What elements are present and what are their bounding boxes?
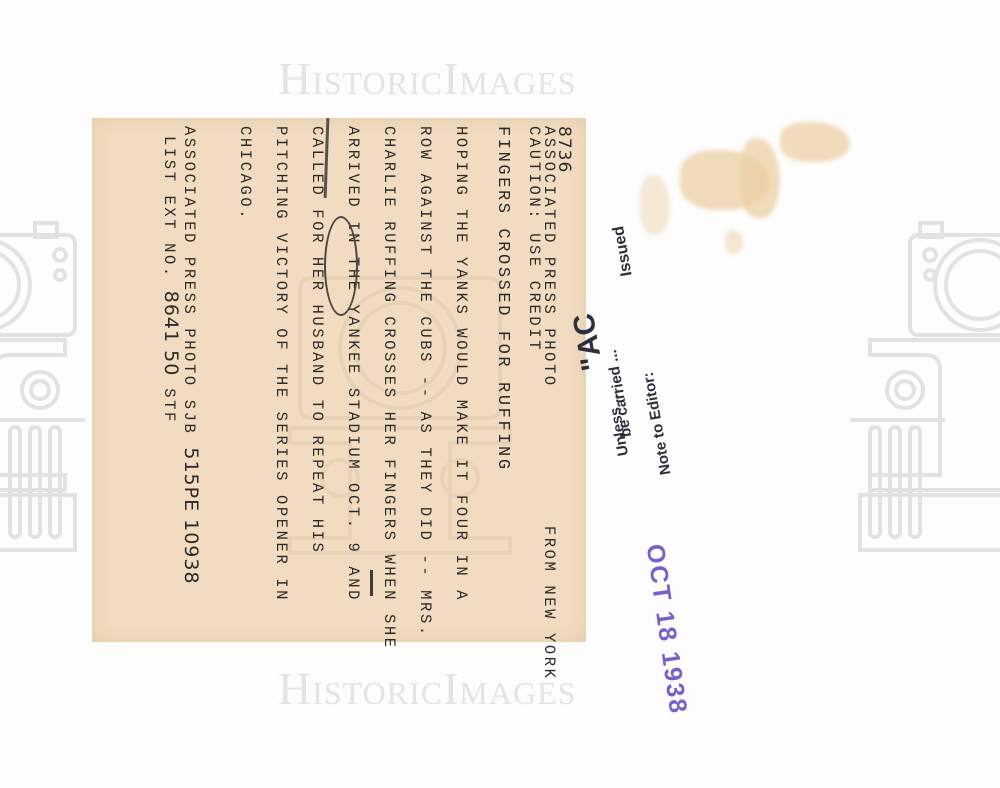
- list-line: LIST EXT NO. 8641 50 STF: [160, 136, 182, 424]
- credit-handwritten: 515PE 10938: [180, 447, 202, 584]
- list-handwritten: 8641 50: [160, 291, 182, 377]
- credit-text: ASSOCIATED PRESS PHOTO SJB: [180, 126, 198, 435]
- camera-column-logo-icon: [850, 205, 1000, 565]
- caution-line: CAUTION: USE CREDIT: [525, 126, 543, 352]
- body-line: PITCHING VICTORY OF THE SERIES OPENER IN: [272, 126, 290, 602]
- press-caption-clipping: 8736 ASSOCIATED PRESS PHOTOFROM NEW YORK…: [92, 118, 586, 642]
- body-line: HOPING THE YANKS WOULD MAKE IT FOUR IN A: [452, 126, 470, 602]
- dateline: FROM NEW YORK: [540, 526, 558, 681]
- body-line: CHARLIE RUFFING CROSSES HER FINGERS WHEN…: [380, 126, 398, 650]
- camera-column-logo-icon: [0, 205, 105, 565]
- paper-stain: [780, 122, 850, 162]
- paper-stain: [640, 175, 670, 235]
- paper-stain: [725, 230, 743, 254]
- credit-line: ASSOCIATED PRESS PHOTO SJB 515PE 10938: [180, 126, 202, 585]
- note-stamp-line1: Note to Editor:: [640, 371, 675, 477]
- list-text: LIST EXT NO.: [160, 136, 178, 279]
- body-line: ARRIVED IN THE YANKEE STADIUM OCT. 9 AND: [344, 126, 362, 602]
- pencil-underline: [370, 570, 373, 596]
- body-line: ROW AGAINST THE CUBS -- AS THEY DID -- M…: [416, 126, 434, 638]
- list-suffix: STF: [160, 388, 178, 424]
- circled-name-mark: [324, 216, 358, 316]
- watermark-brand-top: HistoricImages: [278, 56, 748, 102]
- body-line: CHICAGO.: [236, 126, 254, 221]
- caption-text-block: 8736 ASSOCIATED PRESS PHOTOFROM NEW YORK…: [304, 126, 574, 174]
- paper-stain: [740, 138, 780, 218]
- headline: FINGERS CROSSED FOR RUFFING: [493, 126, 512, 472]
- issued-stamp: Issued: [610, 224, 637, 277]
